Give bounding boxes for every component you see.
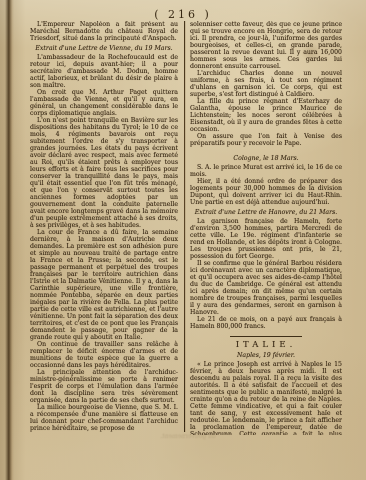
- column-divider-rule: [184, 21, 186, 432]
- dateline-heading-naples: Naples, 19 février.: [190, 352, 342, 359]
- columns-container: L'Empereur Napoléon a fait présent au Ma…: [30, 21, 342, 435]
- dateline-heading-cologne: Cologne, le 18 Mars.: [190, 155, 342, 162]
- paragraph: Le 21 de ce mois, on a payé aux français…: [190, 316, 342, 330]
- newspaper-page: ( 216 ) L'Empereur Napoléon a fait prése…: [0, 0, 366, 480]
- left-column: L'Empereur Napoléon a fait présent au Ma…: [30, 21, 178, 435]
- paragraph: On assure que l'on fait à Venise des pré…: [190, 133, 342, 147]
- paragraph: On croit que M. Arthur Paget quittera l'…: [30, 89, 178, 117]
- paragraph: L'ambassadeur de la Rochefoucauld est de…: [30, 54, 178, 89]
- show-through-ghost-text: du gouvernement.: [40, 433, 336, 440]
- paragraph: La milice bourgeoise de Vienne, que S. M…: [30, 404, 178, 432]
- paragraph: solenniser cette faveur, dès que ce jeun…: [190, 21, 342, 70]
- dateline-heading-hanovre: Extrait d'une Lettre de Hanovre, du 21 M…: [190, 209, 342, 216]
- paragraph: La fille du prince régnant d'Esterhazy d…: [190, 98, 342, 133]
- right-column: solenniser cette faveur, dès que ce jeun…: [190, 21, 342, 435]
- section-heading-italie: ITALIE.: [190, 342, 342, 349]
- paragraph: L'Empereur Napoléon a fait présent au Ma…: [30, 21, 178, 42]
- paragraph: La garnison française de Hameln, forte d…: [190, 218, 342, 260]
- paragraph: Hier, il a été donné ordre de préparer d…: [190, 178, 342, 206]
- binding-edge-shadow: [5, 0, 14, 480]
- dateline-heading-vienne: Extrait d'une Lettre de Vienne, du 19 Ma…: [30, 45, 178, 52]
- paragraph: L'archiduc Charles donne un nouvel unifo…: [190, 70, 342, 98]
- paragraph: L'on n'est point tranquille en Bavière s…: [30, 117, 178, 229]
- paragraph: La principale attention de l'archiduc-mi…: [30, 369, 178, 404]
- paragraph: La cour de France a dû faire, la semaine…: [30, 229, 178, 341]
- paragraph: S. A. le prince Murat est arrivé ici, le…: [190, 164, 342, 178]
- paragraph: « Le prince Joseph est arrivé à Naples l…: [190, 361, 342, 435]
- section-divider-rule: [230, 336, 302, 337]
- page-number: ( 216 ): [0, 8, 366, 21]
- paragraph: On continue de travailler sans relâche à…: [30, 341, 178, 369]
- paragraph: Il se confirme que le général Barbou rés…: [190, 260, 342, 316]
